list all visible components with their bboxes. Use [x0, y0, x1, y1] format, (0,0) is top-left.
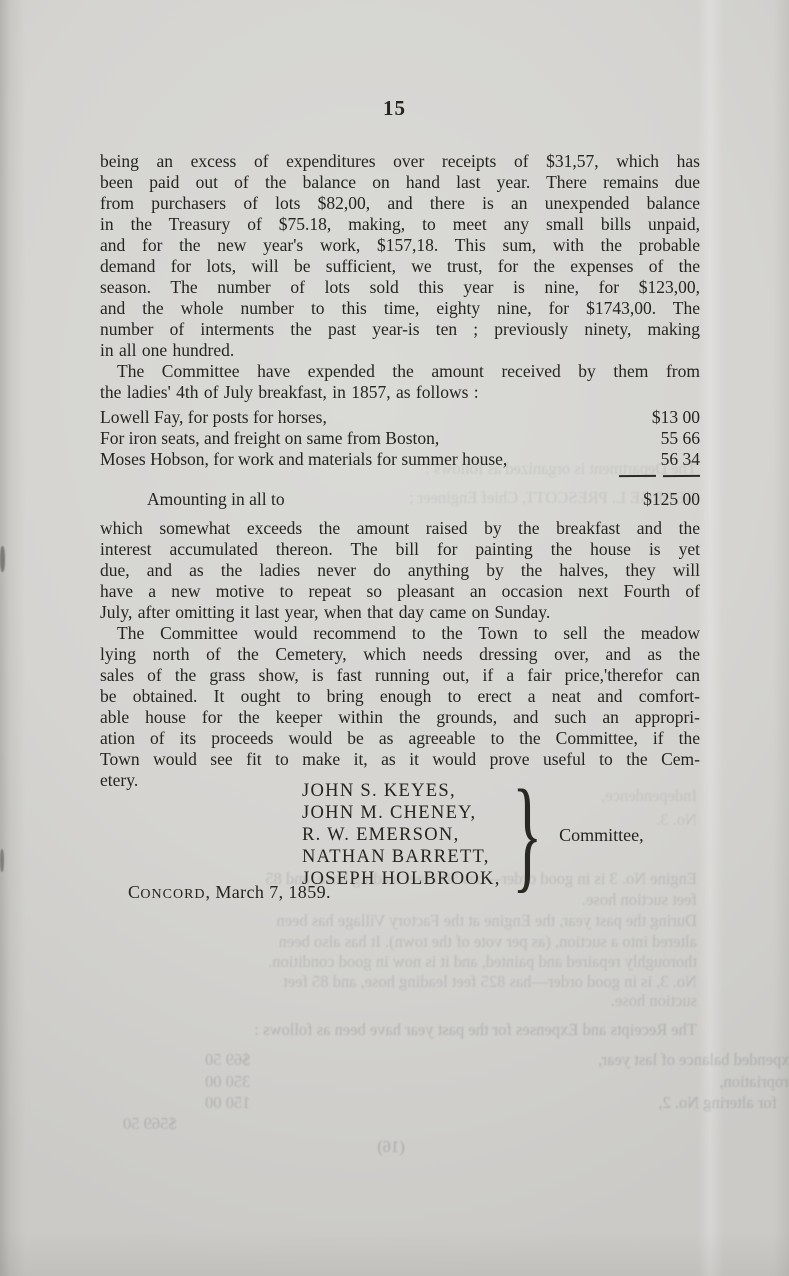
committee-member-name: JOSEPH HOLBROOK,	[302, 868, 501, 890]
expense-label: For iron seats, and freight on same from…	[100, 428, 439, 449]
text-line: being an excess of expenditures over rec…	[100, 151, 700, 172]
page-body: being an excess of expenditures over rec…	[100, 151, 700, 791]
body-paragraph-2: The Committee have expended the amount r…	[100, 361, 700, 403]
committee-member-name: JOHN M. CHENEY,	[302, 802, 501, 824]
sum-rule	[100, 475, 700, 480]
text-line: Town would see fit to make it, as it wou…	[100, 749, 700, 770]
expense-row: Moses Hobson, for work and materials for…	[100, 449, 700, 470]
committee-role-label: Committee,	[559, 825, 644, 846]
body-paragraph-4: The Committee would recommend to the Tow…	[100, 623, 700, 791]
scanned-book-page: The Department is organized as follows :…	[0, 0, 789, 1276]
signature-block: JOHN S. KEYES, JOHN M. CHENEY, R. W. EME…	[100, 779, 700, 891]
expense-total-label: Amounting in all to	[100, 488, 285, 510]
text-line: demand for lots, will be sufficient, we …	[100, 256, 700, 277]
text-line: which somewhat exceeds the amount raised…	[100, 518, 700, 539]
expense-total-amount: $125 00	[620, 488, 700, 510]
text-line: sales of the grass show, is fast running…	[100, 665, 700, 686]
text-line: number of interments the past year-is te…	[100, 319, 700, 340]
dateline-date: , March 7, 1859.	[206, 882, 331, 902]
bleedthrough-line: During the past year, the Engine at the …	[85, 911, 714, 931]
bleedthrough-line: thoroughly repaired and painted, and it …	[85, 952, 697, 972]
committee-names: JOHN S. KEYES, JOHN M. CHENEY, R. W. EME…	[302, 780, 501, 890]
dateline-place-smallcaps: ONCORD	[140, 887, 205, 902]
text-line: The Committee have expended the amount r…	[100, 361, 700, 382]
brace-glyph: }	[512, 779, 542, 891]
expense-amount: 56 34	[620, 449, 700, 470]
text-line: and the whole number to this time, eight…	[100, 298, 700, 319]
body-paragraph-3: which somewhat exceeds the amount raised…	[100, 518, 700, 623]
bleedthrough-ledger-label: Unexpended balance of last year,	[598, 1050, 789, 1070]
committee-member-name: JOHN S. KEYES,	[302, 780, 501, 802]
bleedthrough-ledger-amount: 150 00	[205, 1093, 250, 1113]
text-line: able house for the keeper within the gro…	[100, 707, 700, 728]
text-line: July, after omitting it last year, when …	[100, 602, 700, 623]
text-line: have a new motive to repeat so pleasant …	[100, 581, 700, 602]
expense-list: Lowell Fay, for posts for horses, $13 00…	[100, 407, 700, 510]
expense-total-row: Amounting in all to $125 00	[100, 488, 700, 510]
bleedthrough-ledger-label: for altering No. 2,	[658, 1093, 777, 1113]
text-line: in the Treasury of $75.18, making, to me…	[100, 214, 700, 235]
text-line: in all one hundred.	[100, 340, 700, 361]
bleedthrough-ledger-label: Appropriation,	[719, 1072, 789, 1092]
text-line: be obtained. It ought to bring enough to…	[100, 686, 700, 707]
bleedthrough-ledger-row: Appropriation, 350 00	[85, 1072, 789, 1092]
scan-edge-artifact	[0, 849, 4, 872]
bleedthrough-ledger-amount: $69 50	[205, 1050, 250, 1070]
bleedthrough-ledger-total: $569 50	[85, 1114, 735, 1134]
text-line: lying north of the Cemetery, which needs…	[100, 644, 700, 665]
bleedthrough-folio: (16)	[85, 1137, 697, 1157]
expense-amount: $13 00	[620, 407, 700, 428]
bleedthrough-line: The Receipts and Expenses for the past y…	[85, 1020, 714, 1040]
text-line: The Committee would recommend to the Tow…	[100, 623, 700, 644]
expense-label: Lowell Fay, for posts for horses,	[100, 407, 327, 428]
text-line: the ladies' 4th of July breakfast, in 18…	[100, 382, 700, 403]
expense-label: Moses Hobson, for work and materials for…	[100, 449, 507, 470]
bleedthrough-ledger-amount: 350 00	[205, 1072, 250, 1092]
text-line: and for the new year's work, $157,18. Th…	[100, 235, 700, 256]
committee-member-name: R. W. EMERSON,	[302, 824, 501, 846]
bleedthrough-ledger-row: Unexpended balance of last year, $69 50	[85, 1050, 789, 1070]
bleedthrough-line: altered into a suction, (as per vote of …	[85, 932, 697, 952]
expense-row: For iron seats, and freight on same from…	[100, 428, 700, 449]
dateline-place-initial: C	[128, 882, 140, 902]
scan-edge-artifact	[0, 546, 5, 572]
bleedthrough-line: No. 3, is in good order—has 825 feet lea…	[85, 972, 714, 992]
text-line: due, and as the ladies never do anything…	[100, 560, 700, 581]
expense-amount: 55 66	[620, 428, 700, 449]
text-line: been paid out of the balance on hand las…	[100, 172, 700, 193]
dateline: CONCORD, March 7, 1859.	[128, 882, 331, 903]
text-line: season. The number of lots sold this yea…	[100, 277, 700, 298]
expense-row: Lowell Fay, for posts for horses, $13 00	[100, 407, 700, 428]
bleedthrough-ledger-row: for altering No. 2, 150 00	[85, 1093, 789, 1113]
body-paragraph-1: being an excess of expenditures over rec…	[100, 151, 700, 361]
bleedthrough-line: suction hose.	[85, 991, 697, 1011]
committee-member-name: NATHAN BARRETT,	[302, 846, 501, 868]
text-line: from purchasers of lots $82,00, and ther…	[100, 193, 700, 214]
text-line: interest accumulated thereon. The bill f…	[100, 539, 700, 560]
text-line: ation of its proceeds would be as agreea…	[100, 728, 700, 749]
